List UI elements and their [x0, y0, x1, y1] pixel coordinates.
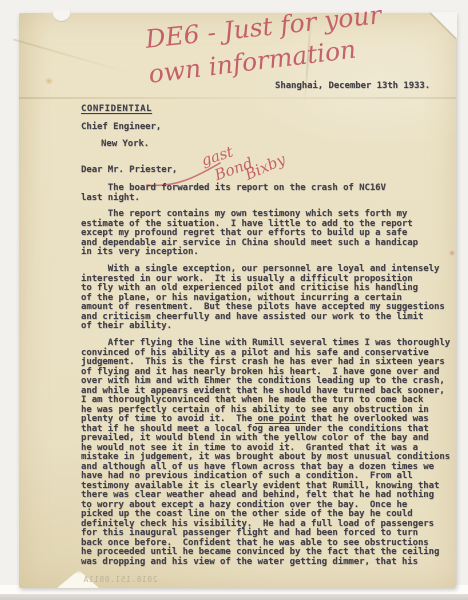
- salutation: Dear Mr. Priester,: [81, 166, 177, 176]
- one-point-underline: [255, 423, 306, 424]
- paper-crease-horizontal: [19, 97, 456, 99]
- scanned-letter-scene: DE6 - Just for your own information Shan…: [0, 0, 468, 600]
- paragraph-1: The board forwarded its report on the cr…: [81, 184, 386, 203]
- letter-page: DE6 - Just for your own information Shan…: [19, 13, 456, 588]
- paragraph-2: The report contains my own testimony whi…: [81, 210, 418, 258]
- scan-edge-shadow: [0, 594, 468, 600]
- dateline: Shanghai, December 13th 1933.: [275, 82, 430, 92]
- recipient-location: New York.: [101, 140, 149, 150]
- paragraph-3: With a single exception, our personnel a…: [81, 265, 445, 332]
- recipient-title: Chief Engineer,: [81, 123, 161, 133]
- paper-crease-diagonal: [13, 39, 129, 74]
- torn-notch-top-left: [52, 9, 71, 23]
- paragraph-4: After flying the line with Rumill severa…: [81, 339, 450, 567]
- confidential-heading: CONFIDENTIAL: [81, 105, 152, 115]
- mirrored-accession-number: 2018.151.0811A: [83, 575, 157, 584]
- folded-corner-top-right: [430, 12, 457, 39]
